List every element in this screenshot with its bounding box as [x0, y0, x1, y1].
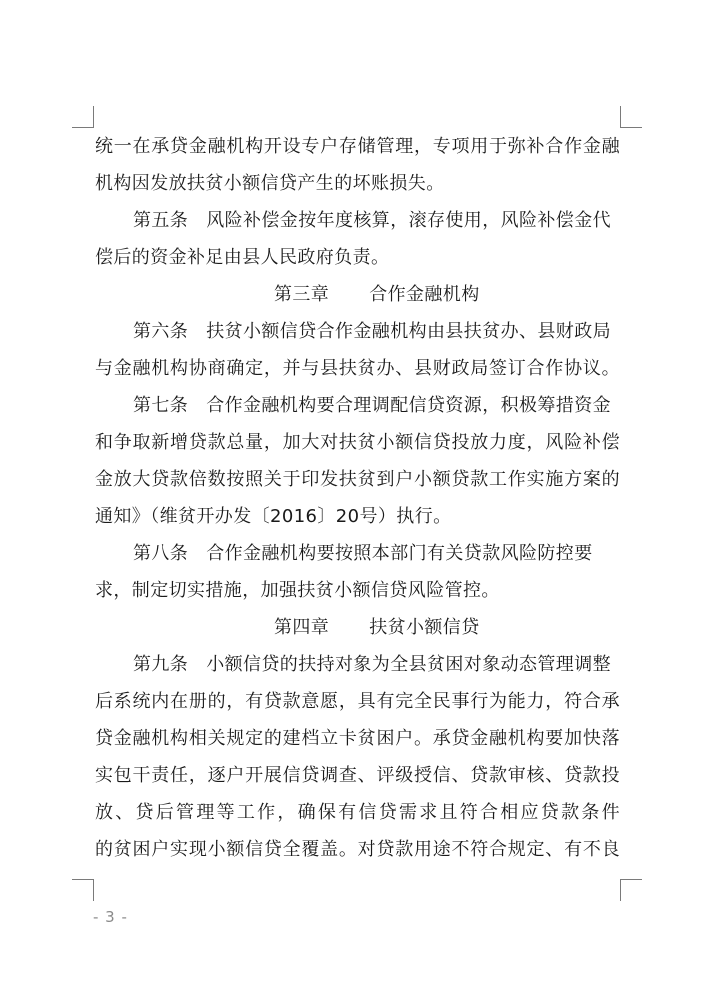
article-text: 小额信贷的扶持对象为全县贫困对象动态管理调整 — [206, 654, 611, 675]
article-6: 第六条扶贫小额信贷合作金融机构由县扶贫办、县财政局 — [95, 313, 620, 350]
article-9: 第九条小额信贷的扶持对象为全县贫困对象动态管理调整 — [95, 646, 620, 683]
chapter-number: 第三章 — [274, 284, 329, 305]
article-number: 第八条 — [133, 543, 188, 564]
text-line: 贷金融机构相关规定的建档立卡贫困户。承贷金融机构要加快落 — [95, 720, 620, 757]
text-line: 后系统内在册的，有贷款意愿，具有完全民事行为能力，符合承 — [95, 683, 620, 720]
article-5: 第五条风险补偿金按年度核算，滚存使用，风险补偿金代 — [95, 202, 620, 239]
article-text: 合作金融机构要合理调配信贷资源，积极筹措资金 — [206, 395, 611, 416]
article-8: 第八条合作金融机构要按照本部门有关贷款风险防控要 — [95, 535, 620, 572]
chapter-heading-4: 第四章扶贫小额信贷 — [95, 609, 620, 646]
article-number: 第六条 — [133, 321, 188, 342]
text-line: 金放大贷款倍数按照关于印发扶贫到户小额贷款工作实施方案的 — [95, 461, 620, 498]
text-line: 统一在承贷金融机构开设专户存储管理，专项用于弥补合作金融 — [95, 128, 620, 165]
article-text: 合作金融机构要按照本部门有关贷款风险防控要 — [206, 543, 592, 564]
chapter-number: 第四章 — [274, 617, 329, 638]
article-number: 第七条 — [133, 395, 188, 416]
crop-mark-top-right — [620, 106, 642, 128]
chapter-title: 扶贫小额信贷 — [369, 617, 479, 638]
chapter-heading-3: 第三章合作金融机构 — [95, 276, 620, 313]
page-number: - 3 - — [93, 908, 128, 926]
text-line: 求，制定切实措施，加强扶贫小额信贷风险管控。 — [95, 572, 620, 609]
document-page: 统一在承贷金融机构开设专户存储管理，专项用于弥补合作金融 机构因发放扶贫小额信贷… — [0, 0, 707, 1000]
text-line: 机构因发放扶贫小额信贷产生的坏账损失。 — [95, 165, 620, 202]
article-text: 扶贫小额信贷合作金融机构由县扶贫办、县财政局 — [206, 321, 611, 342]
text-line: 实包干责任，逐户开展信贷调查、评级授信、贷款审核、贷款投 — [95, 757, 620, 794]
text-line: 与金融机构协商确定，并与县扶贫办、县财政局签订合作协议。 — [95, 350, 620, 387]
article-7: 第七条合作金融机构要合理调配信贷资源，积极筹措资金 — [95, 387, 620, 424]
article-text: 风险补偿金按年度核算，滚存使用，风险补偿金代 — [206, 210, 611, 231]
crop-mark-bottom-right — [620, 879, 642, 901]
text-line: 和争取新增贷款总量，加大对扶贫小额信贷投放力度，风险补偿 — [95, 424, 620, 461]
article-number: 第五条 — [133, 210, 188, 231]
document-body: 统一在承贷金融机构开设专户存储管理，专项用于弥补合作金融 机构因发放扶贫小额信贷… — [95, 128, 620, 868]
text-line: 通知》（维贫开办发〔2016〕20号）执行。 — [95, 498, 620, 535]
chapter-title: 合作金融机构 — [369, 284, 479, 305]
crop-mark-bottom-left — [72, 879, 94, 901]
article-number: 第九条 — [133, 654, 188, 675]
text-line: 的贫困户实现小额信贷全覆盖。对贷款用途不符合规定、有不良 — [95, 831, 620, 868]
crop-mark-top-left — [72, 106, 94, 128]
text-line: 偿后的资金补足由县人民政府负责。 — [95, 239, 620, 276]
text-line: 放、贷后管理等工作，确保有信贷需求且符合相应贷款条件 — [95, 794, 620, 831]
